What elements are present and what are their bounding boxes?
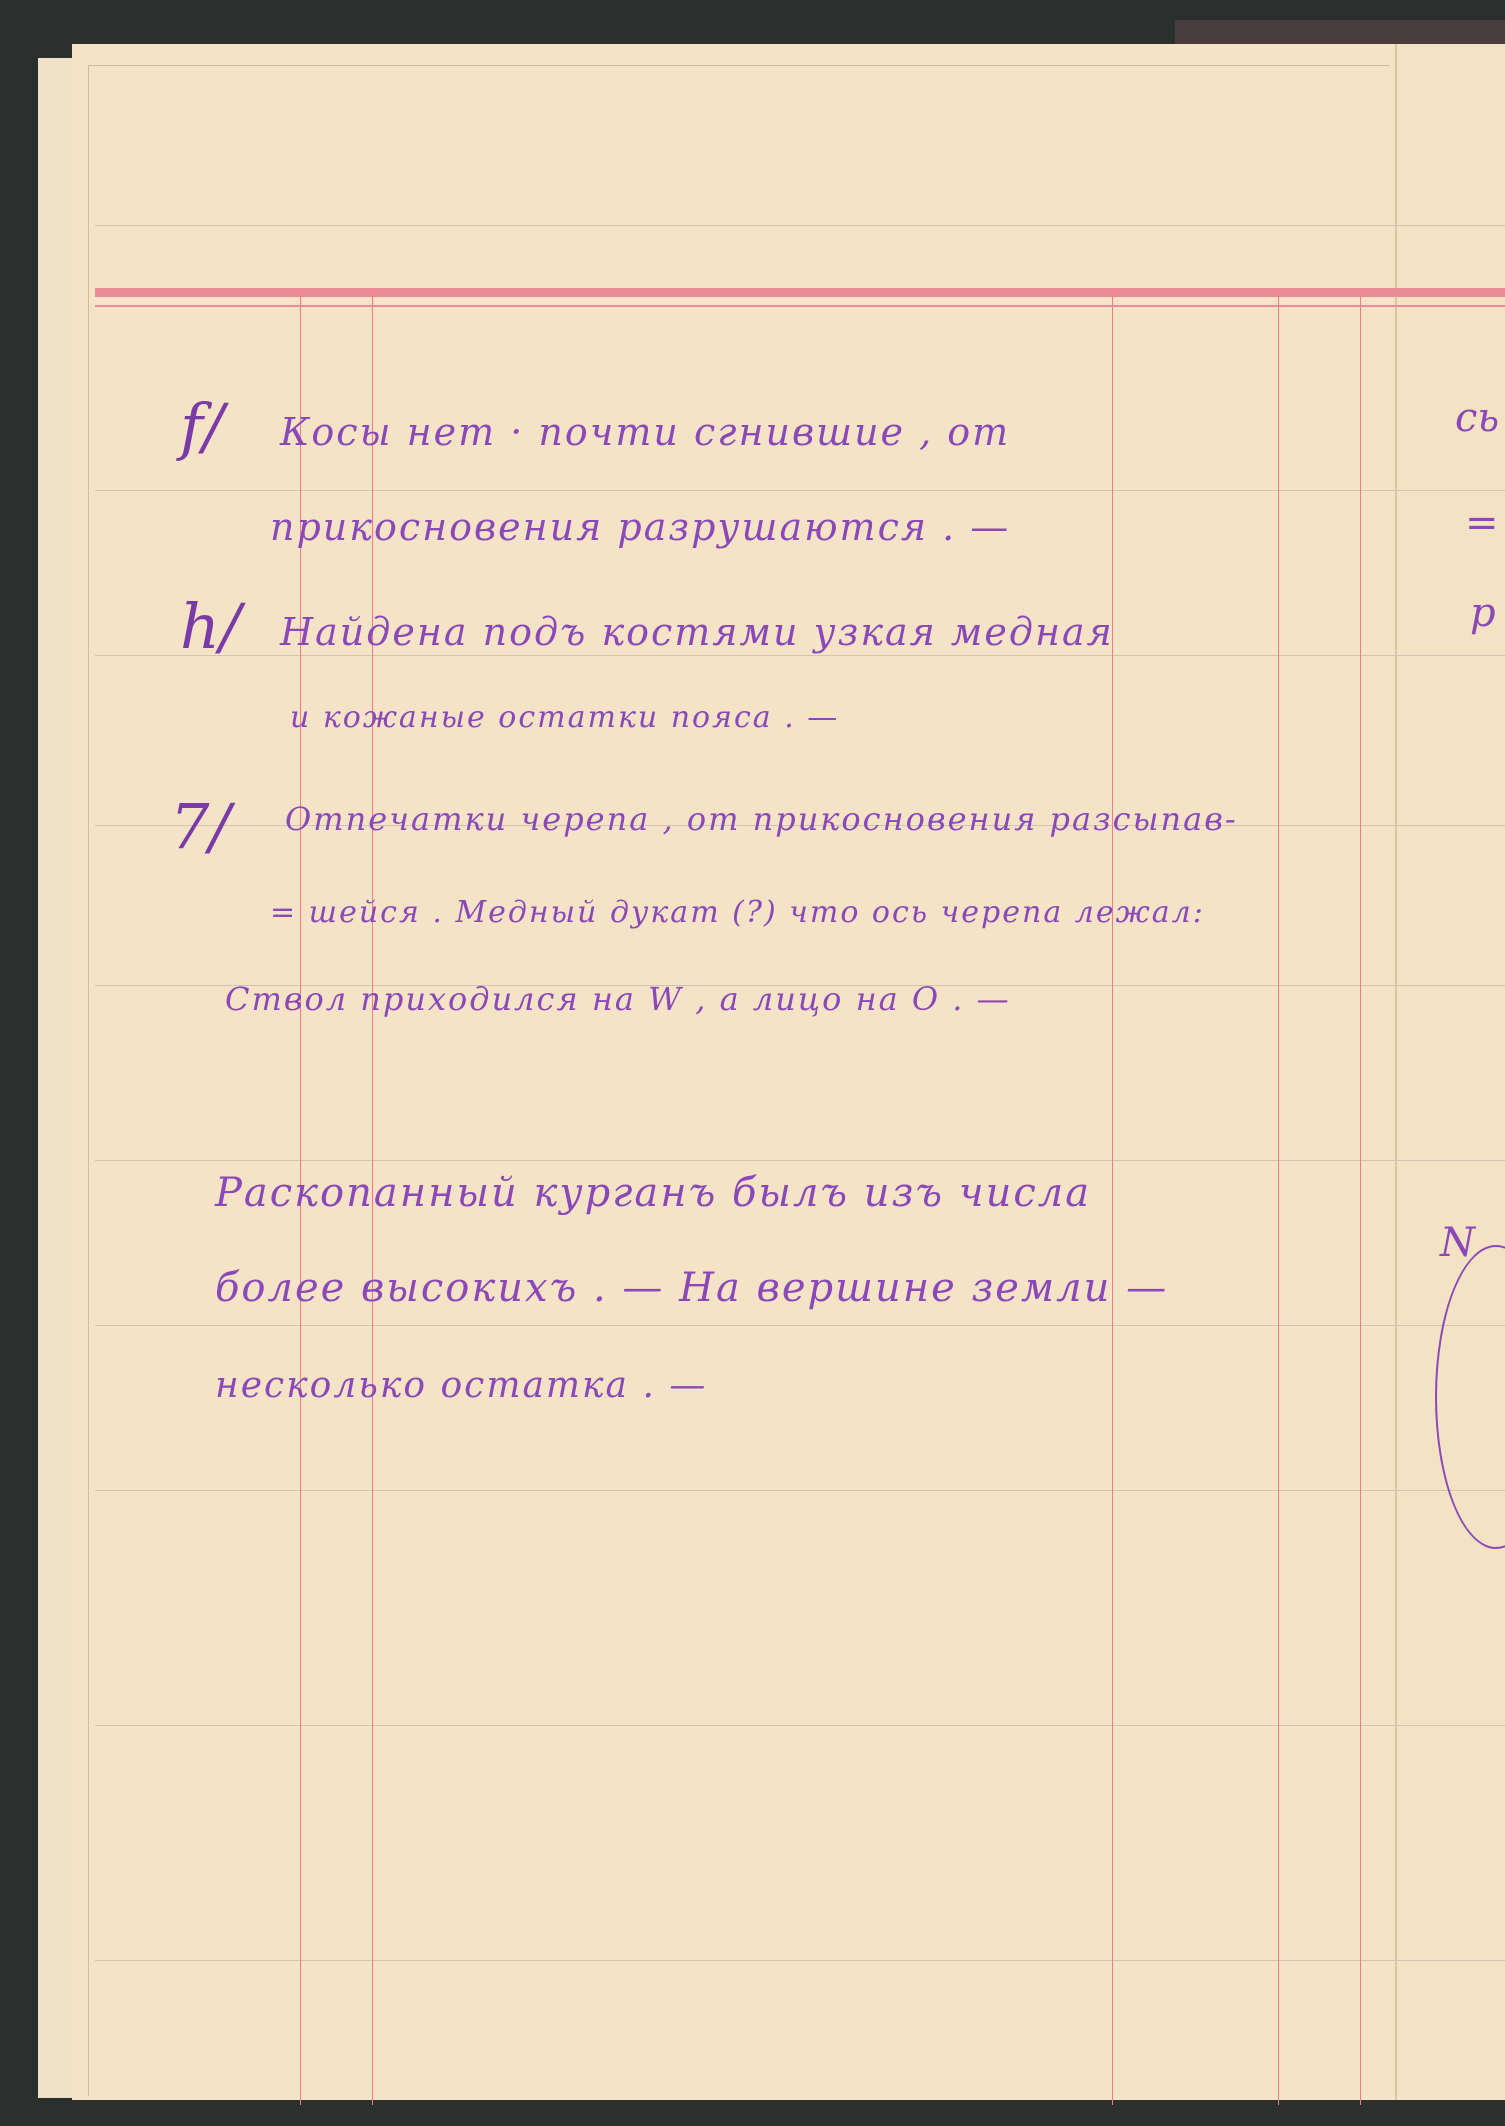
page-inner-border — [88, 65, 1389, 2096]
handwritten-paragraph-line: несколько остатка . — — [215, 1365, 707, 1406]
handwritten-line: Ствол приходился на W , а лицо на O . — — [225, 980, 1011, 1018]
ruled-line — [95, 1960, 1505, 1961]
handwritten-line: = шейся . Медный дукат (?) что ось череп… — [270, 895, 1205, 930]
column-rule — [1360, 295, 1361, 2105]
header-red-line — [95, 288, 1505, 297]
ruled-line — [95, 1325, 1505, 1326]
ruled-line — [95, 490, 1505, 491]
ruled-line — [95, 1490, 1505, 1491]
handwritten-line: Косы нет · почти сгнившие , от — [280, 410, 1010, 454]
ruled-line — [95, 655, 1505, 656]
header-red-line-thin — [95, 305, 1505, 307]
right-page-fragment: р — [1470, 590, 1496, 636]
handwritten-line: Найдена подъ костями узкая медная — [280, 610, 1114, 654]
entry-marker: h/ — [180, 590, 241, 663]
ruled-line — [95, 225, 1505, 226]
notebook-page-right — [1395, 44, 1505, 2100]
entry-marker: 7/ — [170, 790, 230, 863]
column-rule — [1278, 295, 1279, 2105]
ruled-line — [95, 1725, 1505, 1726]
right-page-fragment: сь — [1455, 395, 1499, 441]
handwritten-paragraph-line: более высокихъ . — На вершине земли — — [215, 1265, 1168, 1311]
ruled-line — [95, 1160, 1505, 1161]
binding-tab — [1175, 20, 1505, 46]
entry-marker: f/ — [180, 390, 224, 463]
right-page-fragment: = — [1465, 500, 1499, 546]
handwritten-line: и кожаные остатки пояса . — — [290, 700, 839, 735]
column-rule — [1112, 295, 1113, 2105]
handwritten-line: Отпечатки черепа , от прикосновения разс… — [285, 800, 1238, 838]
handwritten-line: прикосновения разрушаются . — — [270, 505, 1010, 549]
handwritten-paragraph-line: Раскопанный курганъ былъ изъ числа — [215, 1170, 1091, 1216]
